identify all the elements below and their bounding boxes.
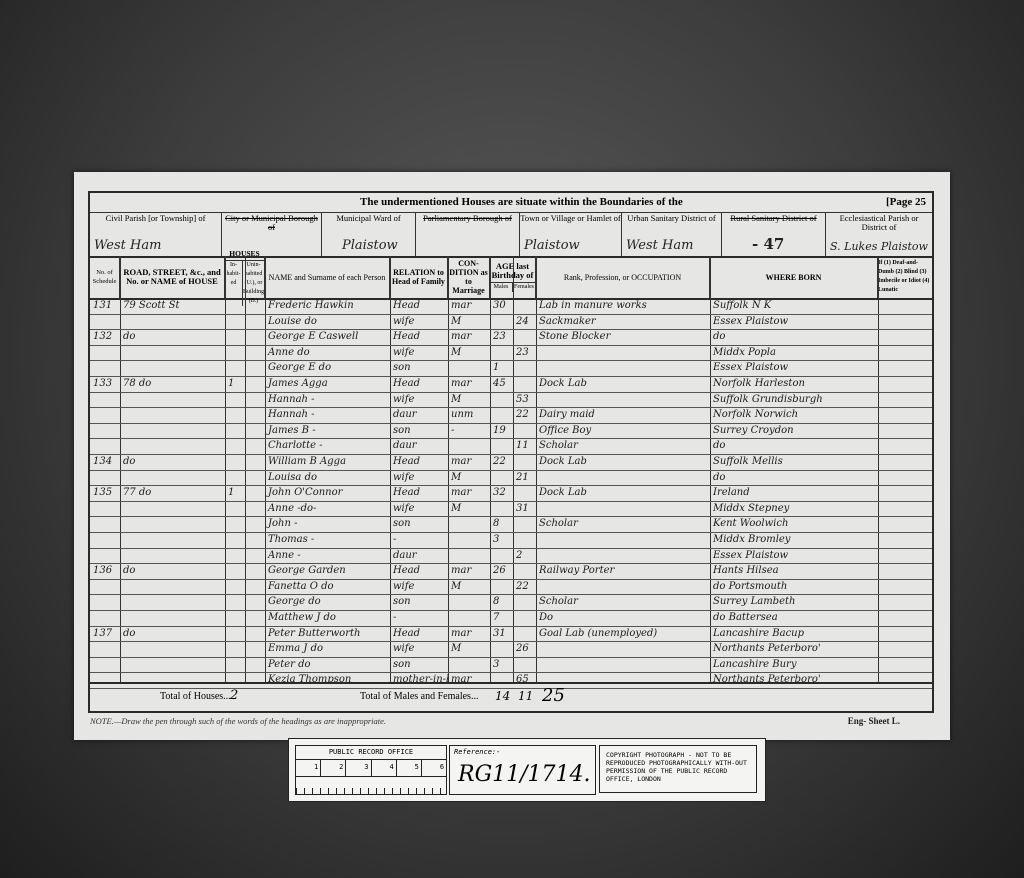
cell-condition: mar: [448, 329, 490, 345]
cell-relation: son: [390, 594, 448, 610]
cell-occupation: Scholar: [536, 438, 710, 454]
cell-born: Lancashire Bury: [710, 657, 878, 673]
table-row: Matthew J do-7Dodo Battersea: [90, 610, 932, 627]
col-occupation: Rank, Profession, or OCCUPATION: [536, 256, 710, 298]
cell-female: [513, 516, 536, 532]
cell-road: [120, 438, 225, 454]
reference-box: Reference:- RG11/1714.: [449, 745, 596, 795]
cell-male: [490, 407, 513, 423]
cell-condition: M: [448, 314, 490, 330]
cell-condition: -: [448, 423, 490, 439]
cell-relation: Head: [390, 626, 448, 642]
cell-male: 26: [490, 563, 513, 579]
cell-occupation: Scholar: [536, 516, 710, 532]
cell-road: 79 Scott St: [120, 298, 225, 314]
total-males: 14: [495, 689, 510, 703]
cell-name: Anne -do-: [265, 501, 390, 517]
cell-male: 7: [490, 610, 513, 626]
cell-inhabited: [225, 532, 245, 548]
cell-born: Middx Bromley: [710, 532, 878, 548]
ruler-scale: [296, 777, 446, 795]
cell-road: [120, 610, 225, 626]
col-condition: CON-DITION as to Marriage: [448, 256, 490, 298]
cell-condition: M: [448, 345, 490, 361]
cell-occupation: [536, 657, 710, 673]
cell-inhabited: [225, 657, 245, 673]
cell-schedule: 135: [90, 485, 120, 501]
cell-name: George do: [265, 594, 390, 610]
cell-inhabited: [225, 594, 245, 610]
cell-female: [513, 423, 536, 439]
cell-name: Matthew J do: [265, 610, 390, 626]
table-row: Charlotte -daur11Scholardo: [90, 438, 932, 455]
cell-condition: unm: [448, 407, 490, 423]
cell-condition: [448, 657, 490, 673]
cell-female: 22: [513, 407, 536, 423]
cell-female: 26: [513, 641, 536, 657]
table-row: George doson8ScholarSurrey Lambeth: [90, 594, 932, 611]
cell-male: [490, 392, 513, 408]
cell-relation: Head: [390, 329, 448, 345]
table-row: Fanetta O dowifeM22do Portsmouth: [90, 579, 932, 596]
cell-female: 53: [513, 392, 536, 408]
table-row: Thomas --3Middx Bromley: [90, 532, 932, 549]
table-row: Louise dowifeM24SackmakerEssex Plaistow: [90, 314, 932, 331]
cell-relation: -: [390, 532, 448, 548]
col-schedule: No. of Schedule: [90, 256, 120, 298]
cell-born: do Battersea: [710, 610, 878, 626]
cell-occupation: [536, 532, 710, 548]
cell-relation: daur: [390, 548, 448, 564]
cell-male: 30: [490, 298, 513, 314]
cell-condition: mar: [448, 485, 490, 501]
cell-road: do: [120, 626, 225, 642]
cell-occupation: Stone Blocker: [536, 329, 710, 345]
cell-name: Thomas -: [265, 532, 390, 548]
cell-born: do: [710, 470, 878, 486]
total-females: 11: [518, 689, 533, 703]
cell-female: [513, 626, 536, 642]
cell-road: [120, 360, 225, 376]
cell-inhabited: [225, 516, 245, 532]
cell-name: Fanetta O do: [265, 579, 390, 595]
cell-name: Hannah -: [265, 407, 390, 423]
table-row: Anne -do-wifeM31Middx Stepney: [90, 501, 932, 518]
totals-row: Total of Houses... 2 Total of Males and …: [90, 682, 932, 711]
cell-female: [513, 532, 536, 548]
cell-occupation: Do: [536, 610, 710, 626]
cell-name: Louisa do: [265, 470, 390, 486]
cell-occupation: [536, 470, 710, 486]
cell-name: Peter Butterworth: [265, 626, 390, 642]
cell-schedule: [90, 314, 120, 330]
cell-schedule: [90, 407, 120, 423]
reference-number: RG11/1714.: [458, 762, 591, 787]
table-row: Louisa dowifeM21do: [90, 470, 932, 487]
cell-relation: Head: [390, 376, 448, 392]
table-row: Anne -daur2Essex Plaistow: [90, 548, 932, 565]
location-row: Civil Parish [or Township] of West Ham C…: [90, 212, 932, 258]
cell-name: George Garden: [265, 563, 390, 579]
cell-occupation: Office Boy: [536, 423, 710, 439]
cell-road: [120, 423, 225, 439]
cell-relation: son: [390, 423, 448, 439]
cell-relation: Head: [390, 298, 448, 314]
cell-relation: daur: [390, 438, 448, 454]
cell-inhabited: [225, 579, 245, 595]
cell-name: George E Caswell: [265, 329, 390, 345]
total-persons-label: Total of Males and Females...: [360, 691, 478, 702]
cell-male: 3: [490, 532, 513, 548]
cell-schedule: 136: [90, 563, 120, 579]
cell-inhabited: [225, 329, 245, 345]
cell-female: [513, 376, 536, 392]
cell-road: [120, 532, 225, 548]
cell-born: Kent Woolwich: [710, 516, 878, 532]
cell-schedule: [90, 392, 120, 408]
cell-occupation: [536, 360, 710, 376]
cell-condition: M: [448, 470, 490, 486]
cell-born: Suffolk N K: [710, 298, 878, 314]
cell-schedule: [90, 345, 120, 361]
cell-condition: [448, 532, 490, 548]
cell-name: Frederic Hawkin: [265, 298, 390, 314]
cell-road: 77 do: [120, 485, 225, 501]
cell-road: [120, 501, 225, 517]
cell-schedule: [90, 532, 120, 548]
cell-name: John -: [265, 516, 390, 532]
col-name: NAME and Surname of each Person: [265, 256, 390, 298]
loc-municipal-ward: Municipal Ward of Plaistow: [322, 212, 416, 256]
cell-male: [490, 548, 513, 564]
loc-parliamentary-borough: Parliamentary Borough of: [416, 212, 520, 256]
cell-relation: wife: [390, 579, 448, 595]
cell-relation: son: [390, 516, 448, 532]
cell-condition: [448, 594, 490, 610]
cell-road: [120, 657, 225, 673]
table-row: Hannah -daurunm22Dairy maidNorfolk Norwi…: [90, 407, 932, 424]
cell-condition: [448, 610, 490, 626]
cell-occupation: [536, 579, 710, 595]
cell-male: 23: [490, 329, 513, 345]
table-row: George E doson1Essex Plaistow: [90, 360, 932, 377]
total-houses-value: 2: [230, 688, 238, 703]
page-number: [Page 25: [886, 196, 926, 208]
loc-ecclesiastical: Ecclesiastical Parish or District of S. …: [826, 212, 932, 256]
cell-born: Middx Popla: [710, 345, 878, 361]
table-row: 132doGeorge E CaswellHeadmar23Stone Bloc…: [90, 329, 932, 346]
table-row: Peter doson3Lancashire Bury: [90, 657, 932, 674]
cell-name: Anne do: [265, 345, 390, 361]
cell-road: do: [120, 454, 225, 470]
census-sheet: The undermentioned Houses are situate wi…: [74, 172, 950, 740]
table-row: Hannah -wifeM53Suffolk Grundisburgh: [90, 392, 932, 409]
cell-relation: wife: [390, 314, 448, 330]
cell-schedule: [90, 360, 120, 376]
cell-occupation: Dock Lab: [536, 454, 710, 470]
cell-inhabited: [225, 626, 245, 642]
cell-condition: [448, 548, 490, 564]
cell-schedule: [90, 641, 120, 657]
cell-male: 32: [490, 485, 513, 501]
cell-born: Suffolk Mellis: [710, 454, 878, 470]
form-title-row: The undermentioned Houses are situate wi…: [90, 193, 932, 213]
cell-inhabited: [225, 610, 245, 626]
cell-relation: wife: [390, 392, 448, 408]
cell-condition: mar: [448, 376, 490, 392]
cell-schedule: 131: [90, 298, 120, 314]
cell-occupation: [536, 392, 710, 408]
cell-male: 8: [490, 594, 513, 610]
cell-occupation: Scholar: [536, 594, 710, 610]
cell-name: James B -: [265, 423, 390, 439]
cell-occupation: Railway Porter: [536, 563, 710, 579]
cell-male: 19: [490, 423, 513, 439]
total-persons: 25: [542, 685, 565, 706]
cell-condition: M: [448, 501, 490, 517]
sheet-id: Eng- Sheet L.: [848, 716, 900, 726]
cell-inhabited: [225, 314, 245, 330]
cell-female: [513, 594, 536, 610]
cell-name: Louise do: [265, 314, 390, 330]
column-header-row: No. of Schedule ROAD, STREET, &c., and N…: [90, 256, 932, 300]
table-row: 13577 do1John O'ConnorHeadmar32Dock LabI…: [90, 485, 932, 502]
cell-female: 24: [513, 314, 536, 330]
cell-born: Middx Stepney: [710, 501, 878, 517]
cell-female: [513, 485, 536, 501]
copyright-notice: COPYRIGHT PHOTOGRAPH - NOT TO BE REPRODU…: [599, 745, 757, 793]
cell-male: [490, 501, 513, 517]
cell-inhabited: [225, 470, 245, 486]
cell-relation: wife: [390, 470, 448, 486]
cell-inhabited: [225, 563, 245, 579]
table-row: 137doPeter ButterworthHeadmar31Goal Lab …: [90, 626, 932, 643]
cell-name: George E do: [265, 360, 390, 376]
cell-road: do: [120, 563, 225, 579]
cell-occupation: Dock Lab: [536, 485, 710, 501]
cell-relation: -: [390, 610, 448, 626]
cell-female: [513, 298, 536, 314]
cell-female: [513, 657, 536, 673]
cell-occupation: Dairy maid: [536, 407, 710, 423]
cell-inhabited: [225, 423, 245, 439]
cell-occupation: Goal Lab (unemployed): [536, 626, 710, 642]
cell-occupation: Sackmaker: [536, 314, 710, 330]
cell-occupation: Lab in manure works: [536, 298, 710, 314]
cell-female: [513, 329, 536, 345]
cell-inhabited: [225, 438, 245, 454]
cell-road: [120, 579, 225, 595]
cell-inhabited: [225, 360, 245, 376]
cell-born: do: [710, 329, 878, 345]
public-record-office-box: PUBLIC RECORD OFFICE 123456: [295, 745, 447, 795]
cell-road: [120, 641, 225, 657]
cell-road: [120, 548, 225, 564]
cell-female: [513, 454, 536, 470]
cell-name: Anne -: [265, 548, 390, 564]
col-relation: RELATION to Head of Family: [390, 256, 448, 298]
form-note: NOTE.—Draw the pen through such of the w…: [90, 716, 386, 726]
archive-reference-label: PUBLIC RECORD OFFICE 123456 Reference:- …: [288, 738, 766, 802]
cell-inhabited: [225, 454, 245, 470]
cell-inhabited: [225, 641, 245, 657]
cell-schedule: [90, 657, 120, 673]
cell-road: do: [120, 329, 225, 345]
cell-female: 11: [513, 438, 536, 454]
cell-relation: son: [390, 360, 448, 376]
cell-male: [490, 438, 513, 454]
cell-born: do Portsmouth: [710, 579, 878, 595]
cell-inhabited: [225, 407, 245, 423]
cell-occupation: Dock Lab: [536, 376, 710, 392]
cell-female: 31: [513, 501, 536, 517]
cell-male: 1: [490, 360, 513, 376]
total-houses-label: Total of Houses...: [160, 691, 231, 702]
cell-male: 3: [490, 657, 513, 673]
table-row: Emma J dowifeM26Northants Peterboro': [90, 641, 932, 658]
cell-name: Charlotte -: [265, 438, 390, 454]
cell-condition: [448, 438, 490, 454]
cell-male: 22: [490, 454, 513, 470]
cell-female: [513, 563, 536, 579]
cell-born: Northants Peterboro': [710, 641, 878, 657]
form-title: The undermentioned Houses are situate wi…: [360, 196, 683, 208]
cell-schedule: [90, 423, 120, 439]
loc-town-village: Town or Village or Hamlet of Plaistow: [520, 212, 622, 256]
cell-condition: mar: [448, 563, 490, 579]
scale-numbers: 123456: [296, 760, 446, 777]
cell-schedule: [90, 594, 120, 610]
census-entries: 13179 Scott StFrederic HawkinHeadmar30La…: [90, 298, 932, 688]
cell-occupation: [536, 548, 710, 564]
cell-female: [513, 360, 536, 376]
cell-male: [490, 641, 513, 657]
cell-male: [490, 345, 513, 361]
cell-schedule: [90, 610, 120, 626]
cell-relation: daur: [390, 407, 448, 423]
cell-name: John O'Connor: [265, 485, 390, 501]
cell-road: [120, 345, 225, 361]
cell-condition: mar: [448, 298, 490, 314]
cell-condition: [448, 360, 490, 376]
cell-female: 23: [513, 345, 536, 361]
cell-born: do: [710, 438, 878, 454]
cell-born: Ireland: [710, 485, 878, 501]
cell-female: 21: [513, 470, 536, 486]
cell-name: Peter do: [265, 657, 390, 673]
cell-condition: M: [448, 579, 490, 595]
cell-road: 78 do: [120, 376, 225, 392]
cell-born: Essex Plaistow: [710, 314, 878, 330]
cell-schedule: [90, 579, 120, 595]
cell-schedule: 137: [90, 626, 120, 642]
cell-occupation: [536, 501, 710, 517]
cell-name: William B Agga: [265, 454, 390, 470]
cell-born: Norfolk Harleston: [710, 376, 878, 392]
cell-name: Emma J do: [265, 641, 390, 657]
cell-born: Essex Plaistow: [710, 548, 878, 564]
cell-occupation: [536, 641, 710, 657]
col-infirmity: If (1) Deaf-and-Dumb (2) Blind (3) Imbec…: [878, 256, 932, 298]
cell-occupation: [536, 345, 710, 361]
cell-schedule: 133: [90, 376, 120, 392]
table-row: 13179 Scott StFrederic HawkinHeadmar30La…: [90, 298, 932, 315]
cell-male: 8: [490, 516, 513, 532]
cell-condition: mar: [448, 454, 490, 470]
cell-female: 2: [513, 548, 536, 564]
cell-male: 31: [490, 626, 513, 642]
cell-road: [120, 470, 225, 486]
census-form: The undermentioned Houses are situate wi…: [88, 191, 934, 713]
cell-condition: M: [448, 392, 490, 408]
cell-inhabited: 1: [225, 376, 245, 392]
cell-relation: wife: [390, 641, 448, 657]
cell-inhabited: 1: [225, 485, 245, 501]
cell-male: [490, 470, 513, 486]
table-row: Anne dowifeM23Middx Popla: [90, 345, 932, 362]
cell-schedule: [90, 501, 120, 517]
cell-born: Essex Plaistow: [710, 360, 878, 376]
cell-schedule: 134: [90, 454, 120, 470]
table-row: John -son8ScholarKent Woolwich: [90, 516, 932, 533]
cell-inhabited: [225, 501, 245, 517]
cell-inhabited: [225, 548, 245, 564]
table-row: 13378 do1James AggaHeadmar45Dock LabNorf…: [90, 376, 932, 393]
cell-inhabited: [225, 298, 245, 314]
cell-female: 22: [513, 579, 536, 595]
cell-relation: wife: [390, 501, 448, 517]
cell-schedule: [90, 516, 120, 532]
cell-male: 45: [490, 376, 513, 392]
loc-urban-sanitary: Urban Sanitary District of West Ham: [622, 212, 722, 256]
cell-name: Hannah -: [265, 392, 390, 408]
cell-road: [120, 594, 225, 610]
cell-born: Surrey Croydon: [710, 423, 878, 439]
cell-inhabited: [225, 345, 245, 361]
cell-road: [120, 392, 225, 408]
table-row: 136doGeorge GardenHeadmar26Railway Porte…: [90, 563, 932, 580]
cell-relation: wife: [390, 345, 448, 361]
cell-male: [490, 579, 513, 595]
cell-schedule: [90, 470, 120, 486]
cell-born: Norfolk Norwich: [710, 407, 878, 423]
cell-born: Suffolk Grundisburgh: [710, 392, 878, 408]
cell-schedule: [90, 548, 120, 564]
cell-road: [120, 314, 225, 330]
loc-rural-sanitary: Rural Sanitary District of - 47: [722, 212, 826, 256]
cell-relation: son: [390, 657, 448, 673]
col-where-born: WHERE BORN: [710, 256, 878, 298]
cell-condition: mar: [448, 626, 490, 642]
cell-born: Hants Hilsea: [710, 563, 878, 579]
cell-female: [513, 610, 536, 626]
cell-condition: M: [448, 641, 490, 657]
cell-road: [120, 516, 225, 532]
cell-name: James Agga: [265, 376, 390, 392]
cell-relation: Head: [390, 485, 448, 501]
cell-inhabited: [225, 392, 245, 408]
cell-relation: Head: [390, 563, 448, 579]
loc-civil-parish: Civil Parish [or Township] of West Ham: [90, 212, 222, 256]
cell-born: Lancashire Bacup: [710, 626, 878, 642]
cell-schedule: [90, 438, 120, 454]
cell-schedule: 132: [90, 329, 120, 345]
cell-born: Surrey Lambeth: [710, 594, 878, 610]
cell-relation: Head: [390, 454, 448, 470]
cell-condition: [448, 516, 490, 532]
cell-male: [490, 314, 513, 330]
table-row: 134doWilliam B AggaHeadmar22Dock LabSuff…: [90, 454, 932, 471]
